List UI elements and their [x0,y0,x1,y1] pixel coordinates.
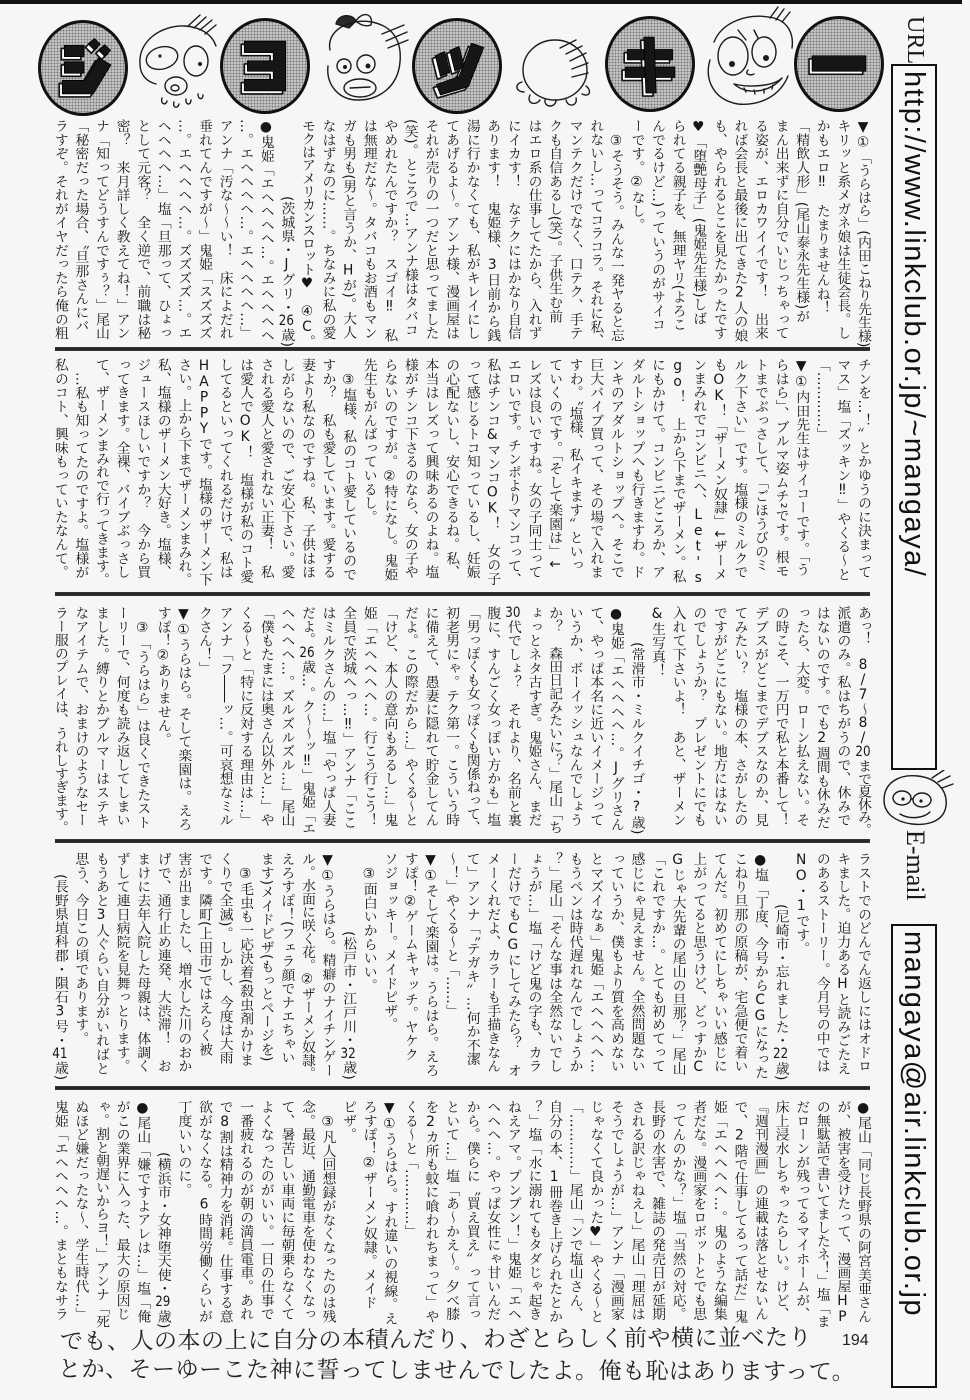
text-column: ▼①そして楽園は。うらはら。えろ [420,852,441,1080]
text-column: 者だな。漫画家をロボットとでも思 [688,1100,709,1328]
text-column: ③毛虫も一応決着(殺虫剤かけま [235,852,256,1080]
text-column: ーです。②なし。 [626,119,647,347]
text-column: ぬほど嫌だったな～、学生時代…」 [70,1100,91,1328]
text-column: られてる親子を、無理ヤリ(よろこ [667,119,688,347]
text-column: 本当はレズって興味あるのよね。塩 [420,358,441,586]
letters-row-1: ▼①「うらはら」(内田こねり先生様) キリッと系メガネ娘は生徒会長。し かもエロ… [48,119,873,347]
text-column: それが売りの一つだと思ってました [420,119,441,347]
header-doodles [0,0,890,120]
text-column: 長野の水害で、雑誌の発売日が延期 [646,1100,667,1328]
letters-row-3: あっ！ 8/7～8/20まで夏休み。 派遣のみ。私はちがうので、休みで はないの… [48,606,873,834]
text-column: 自分の本、1冊巻き上げられたとか [544,1100,565,1328]
text-column: 全員で茨城へっ…‼」アンナ「ここ [338,606,359,834]
text-column: 一番疲れるのが朝の満員電車。あれ [235,1100,256,1328]
text-column: HAPPYです。塩様のザーメン下 [193,358,214,586]
text-column: はないのです。でも2週間も休みだ [811,606,832,834]
text-column: しがらないので、ご安心下さい。愛 [276,358,297,586]
text-column: を2カ所も蚊に喰われちまって」や [420,1100,441,1328]
text-column: ▼①うらはら。精癖のナイチンゲー [317,852,338,1080]
text-column: ゃ。割と朝遅いからヨ！」アンナ「死 [90,1100,111,1328]
text-column: 害が出ましたし、増水した川のおか [173,852,194,1080]
text-column: ●尾山「同じ長野県の阿宮美亜さん [852,1100,873,1328]
text-column: トまでぶっさして、「ごほうびのミ [749,358,770,586]
text-column: はミルクさんの…」塩「やっぱ人妻 [317,606,338,834]
row-divider [55,1086,870,1090]
page-number: 194 [842,1332,869,1350]
text-column: 派遣のみ。私はちがうので、休みで [832,606,853,834]
row-divider [55,839,870,843]
reader-signature: (尼崎市・忘れました・22歳) [770,852,791,1080]
text-column: ダルトショップへも行きますわ。ド [626,358,647,586]
text-column: ラー服のプレイは、うれしすぎます。 [49,606,70,834]
text-column: ですがどこにもない。地方にはない [708,606,729,834]
text-column: 「…………」尾山「ンで塩山さん、 [564,1100,585,1328]
text-column: くりで全滅)。しかし、今度は大雨 [214,852,235,1080]
text-column: ラストでのどんでん返しにはオドロ [852,852,873,1080]
doodle-blob-icon [517,40,590,106]
text-column: 「精飲人形」(尾山泰永先生様)が [791,119,812,347]
text-column: ●尾山「嫌ですよアレは…」塩「俺 [132,1100,153,1328]
text-column: ていくのです。「そして楽園は」↓ [544,358,565,586]
text-column: にイカす！ なテクにはかなり自信 [502,119,523,347]
text-column: …私も知ってたのですよ。塩様が [70,358,91,586]
text-column: が、被害を受けたって、漫画屋HP [832,1100,853,1328]
text-column: じゃなくて良かった♥」やくる～と [585,1100,606,1328]
letters-row-4: ラストでのどんでん返しにはオドロ キました。迫力あるHと読みごたえ のあるストー… [48,852,873,1080]
text-column: ヘヘヘヘ…」塩「旦那って、ひょっ [152,119,173,347]
text-column: のでしょうか？ プレゼントにでも [688,606,709,834]
text-column: される愛人と愛されない正妻！ 私 [255,358,276,586]
text-column: 念。最近、通勤電車を使わなくなっ [296,1100,317,1328]
text-column: 「けど、本人の意向もあるし…」鬼 [379,606,400,834]
text-column: 床上浸水しちゃったらしい。けど、 [770,1100,791,1328]
text-column: 様がチンコ下さるのなら、女の子や [399,358,420,586]
text-column: キました。迫力あるHと読みごたえ [832,852,853,1080]
text-column: ンまみれでコンビニへ、Let's [688,358,709,586]
text-column: ーだけでもCGにしてみたら？ オ [502,852,523,1080]
text-column: ●塩「丁度、今号からCGになった [749,852,770,1080]
text-column: アンナ「汚な～～い！ 床によだれ [214,119,235,347]
text-column: …。エヘヘヘヘ…。ズズズズ…。エ [173,119,194,347]
text-column: っていうか、僕もより質を高めない [605,852,626,1080]
text-column: ▼①「うらはら」(内田こねり先生様) [852,119,873,347]
text-column: 「…………」 [811,358,832,586]
text-column: がこの業界に入った、最大の原因じ [111,1100,132,1328]
text-column: 思う、今日この頃であります。 [70,852,91,1080]
text-column: よくなったのがいい。一日の仕事で [255,1100,276,1328]
text-column: ってんのかな？」塩「当然の対応。 [667,1100,688,1328]
text-column: くる～と「…………」 [399,1100,420,1328]
text-column: えろすぽ！(フェラ顔でナエちゃい [276,852,297,1080]
text-column: ジュースほしいですか？ 今から買 [132,358,153,586]
doodle-face-icon [328,15,408,100]
text-column: です。隣町(上田市)ではえらく被 [193,852,214,1080]
text-column: 丁度いいのに。 [173,1100,194,1328]
text-column: 湯に行かなくても、私がキレイにし [461,119,482,347]
url-text: http://www.linkclub.or.jp/~mangaya/ [893,66,935,577]
text-column: ろすぽ！②ザーメン奴隷。メイド [358,1100,379,1328]
text-column: ラすぞ。それがイヤだったら俺の粗 [49,119,70,347]
doodle-face-glasses-icon [878,770,956,828]
text-column: 入れて下さいよ！ あと、ザーメン [667,606,688,834]
text-column: ソジョッキー。メイドピザ。 [379,852,400,1080]
text-column: として元客？ 全く逆で、前職は秘 [132,119,153,347]
text-column: 「男っぽくも女っぽくも関係ねって、 [461,606,482,834]
reader-signature: (松戸市・江戸川・32歳) [338,852,359,1080]
doodle-face-icon [708,7,792,104]
text-column: て」アンナ「〝テガキ〟…何か不潔 [461,852,482,1080]
text-column: される訳じゃねえし」尾山「理屈は [626,1100,647,1328]
text-column: か？ 森田日記みたいに？」尾山「ち [544,606,565,834]
handwritten-note-line-2: とか、そーゆーこた神に誓ってしませんでしたよ。俺も恥はありますって。 [58,1356,855,1387]
text-column: ヘヘヘ…。やっぱ女性にゃ甘いんだ [482,1100,503,1328]
text-column: キリッと系メガネ娘は生徒会長。し [832,119,853,347]
text-column: 30代でしょ？ それより、名前と裏 [502,606,523,834]
text-column: とマズイなぁ」鬼姫「エヘヘヘヘ… [585,852,606,1080]
text-column: そうでしょうが…」アンナ「漫画家 [605,1100,626,1328]
text-column: れば会長と最後に出てきた2人の娘 [729,119,750,347]
text-column: らはら」、ブルマ姿ムチ²です。根モ [770,358,791,586]
text-column: げで、通行止め連発、大渋滞！ お [152,852,173,1080]
text-column: ガも男も(男と言うか、Hが)。大人 [338,119,359,347]
text-column: 私はチンコ&マンコOK！ 女の子 [482,358,503,586]
text-column: すわ。〝塩様、私イキます〟といっ [564,358,585,586]
text-column: だよ。この際だから…」やくる～と [399,606,420,834]
text-column: ③塩様、私のコト愛しているので [338,358,359,586]
row-divider [55,592,870,596]
text-column: デブスがどこまでデブスなのか、見 [749,606,770,834]
text-column: は愛人でOK！ 塩様が私のコト愛 [235,358,256,586]
text-column: 姫「エヘヘヘヘ…。行こう行こう！ [358,606,379,834]
text-column: 初老男にゃ。テク第一。こういう時 [441,606,462,834]
text-column: もうペンは時代遅れなんでしょうか [564,852,585,1080]
text-column: チンを…！〟とかゆうのに決まって [852,358,873,586]
text-column: ▼①うらはら。そして楽園は。えろ [173,606,194,834]
handwritten-note-line-1: でも、人の本の上に自分の本積んだり、わざとらしく前や横に並べたり [60,1324,812,1356]
text-column: ③「うらはら」は良くできたスト [132,606,153,834]
text-column: ます)メイドピザ(もっとページを) [255,852,276,1080]
text-column: かもエロ‼ たまりませんね！ [811,119,832,347]
text-column: してるといってくれるだけで、私は [214,358,235,586]
text-column: ル。水面に咲く花。②ザーメン奴隷。 [296,852,317,1080]
text-column: &生写真！ [646,606,667,834]
text-column: ③面白いからいい。 [358,852,379,1080]
text-column: なはずなのに……。ちなみに私の愛 [317,119,338,347]
text-column: 腹に、すんごく女っぽい方かも」塩 [482,606,503,834]
text-column: レズは良いですね。女の子同士って [523,358,544,586]
text-column: の心配ないし、安心できるね。私、 [441,358,462,586]
text-column: ♥「堕艶母子」(鬼姫先生様)しば [688,119,709,347]
text-column: ーリーで、何度も読み返してしまい [111,606,132,834]
text-column: 鬼姫「エヘヘヘヘ…。まともなサラ [49,1100,70,1328]
text-column: クさん！」 [193,606,214,834]
text-column: 欲がなくなる。6時間労働くらいが [193,1100,214,1328]
text-column: エロいです。チンポよりマンコって、 [502,358,523,586]
text-column: て、暑苦しい車両に毎朝乗らなくて [276,1100,297,1328]
text-column: 感じにゃ見えません。全然問題ない [626,852,647,1080]
text-column: んでるけど…)っていうのがサイコ [646,119,667,347]
text-column: れないし…ってコラコラ。それに私、 [585,119,606,347]
text-column: ょっとネタ古すぎ。鬼姫さん、まだ [523,606,544,834]
text-column: ▼①内田先生はサイコーです。「う [791,358,812,586]
text-column: NO・1です。 [791,852,812,1080]
text-column: の時こそ、一万円で私と本番して！ [770,606,791,834]
text-column: ？」尾山「そんな事は全然ないでし [544,852,565,1080]
text-column: 「秘密だった場合、〝旦那さんにバ [70,119,91,347]
text-column: ました。縛りとかブルマーはステキ [90,606,111,834]
text-column: ③凡人回想録がなくなったのは残 [317,1100,338,1328]
text-column: る姿が、エロカワイイです！ 出来 [749,119,770,347]
text-column: ●鬼姫「エヘヘヘヘ…。Jグリさん [605,606,626,834]
text-column: すぽ！②ゲームキャッチ。ヤケク [399,852,420,1080]
text-column: まけに去年入院した母親は、体調く [132,852,153,1080]
text-column: マス」塩「ズッキン‼」やくる～と [832,358,853,586]
text-column: て、やっぱ本名に近いイメージって [585,606,606,834]
text-column: だよ。26歳…。ク～～ッ‼」鬼姫「エ [296,606,317,834]
text-column: Gじゃ大先輩の尾山の旦那？」尾山 [667,852,688,1080]
text-column: メーくれだよ、カラーも手描きなん [482,852,503,1080]
text-column: だローンが残ってるマイホームが、 [791,1100,812,1328]
text-column: から。僕らに〝買え買え〟って言っ [461,1100,482,1328]
text-column: ●鬼姫「エヘヘヘヘ…。エヘヘヘヘ [255,119,276,347]
text-column: に備えて、愚妻に隠れて貯金してん [420,606,441,834]
text-column: のあるストーリー。今月号の中では [811,852,832,1080]
text-column: いうか、ボーイッシュなんでしょう [564,606,585,834]
text-column: go！ 上から下までザーメン。私 [667,358,688,586]
text-column: ってきます。全裸、バイブぶっさし [111,358,132,586]
text-column: ルク下さい」です。塩様のミルクで [729,358,750,586]
doodle-face-icon [140,15,216,107]
text-column: もうあと3人ぐらい自分がいればと [90,852,111,1080]
text-column: ？」塩「水に溺れてもタダじゃ起き [523,1100,544,1328]
reader-signature: (茨城県・Jグリ・26歳) [276,119,297,347]
text-column: ねえアマ。プンプン！」鬼姫「エヘ [502,1100,523,1328]
text-column: 先生もがんばっているし。 [358,358,379,586]
row-divider [55,347,870,351]
text-column: ンキのアダルトショップへ。そこで [605,358,626,586]
text-column: ③そうそう。みんな一発ヤると忘 [605,119,626,347]
text-column: らないのですが。②特になし。鬼姫 [379,358,400,586]
text-column: てあげるよ～。アンナ様、漫画屋は [441,119,462,347]
text-column: 垂れてんですが～」鬼姫「スズズズ [193,119,214,347]
text-column: ずして連日病院を見舞っとります。 [111,852,132,1080]
text-column: で、2階で仕事してるって話だ」鬼 [729,1100,750,1328]
text-column: すぽ！②ありません。 [152,606,173,834]
text-column: さい。上から下までザーメンまみれ。 [173,358,194,586]
text-column: てんだ。初めてにしちゃいい感じに [708,852,729,1080]
text-column: (笑)。ところで…アンナ様はタバコ [399,119,420,347]
text-column: ▼①うらはら。すれ違いの視線。え [379,1100,400,1328]
text-column: はエロ系の仕事してたから、入れず [523,119,544,347]
text-column: ったら、大変。ローン払えない。そ [791,606,812,834]
text-column: ～！」やくる～と「……」 [441,852,462,1080]
text-column: で8割は精神力を消耗。仕事する意 [214,1100,235,1328]
text-column: なアイテムで、おまけのようなセー [70,606,91,834]
text-column: は無理だな～。タバコもお酒もマン [358,119,379,347]
url-label: URL [895,16,935,64]
text-column: 「これですか…。とても初めてって [646,852,667,1080]
text-column: 妻より私なのですね。私、子供はほ [296,358,317,586]
text-column: て、ザーメンまみれで行ってきます。 [90,358,111,586]
text-column: こねり旦那の原稿が、宅急便で着い [729,852,750,1080]
text-column: 『週刊漫画』の連載は落とせないん [749,1100,770,1328]
reader-signature: (長野県埴科郡・隕石3号・41歳) [49,852,70,1080]
text-column: ょうが…」塩「けど鬼の字も、カラ [523,852,544,1080]
reader-signature: (横浜市・女神堕天使・29歳) [152,1100,173,1328]
text-column: まん出来ずに自分でいじっちゃって [770,119,791,347]
text-column: 姫「エヘヘヘヘ…。鬼のような編集 [708,1100,729,1328]
text-column: ヘヘヘヘ…。ズルズルズル…」尾山 [276,606,297,834]
text-column: あっ！ 8/7～8/20まで夏休み。 [852,606,873,834]
text-column: も、やられるとこを見たかったです [708,119,729,347]
letters-row-2: チンを…！〟とかゆうのに決まって マス」塩「ズッキン‼」やくる～と 「…………」… [48,358,873,586]
text-column: もOK！「ザーメン奴隷」↓ザーメ [708,358,729,586]
email-label: E-mail [895,830,935,920]
text-column: といて…」塩「あ～かえ～。夕べ膝 [441,1100,462,1328]
text-column: クも自信あるし(笑)。子供生む前 [544,119,565,347]
email-text: mangaya@air.linkclub.or.jp [893,926,935,1317]
text-column: アンナ「フ――ッ…。可哀想なミル [214,606,235,834]
text-column: 「僕もたまには奥さん以外と…」や [255,606,276,834]
text-column: やめれたんですか？ スゴイ‼ 私 [379,119,400,347]
text-column: ピザ。 [338,1100,359,1328]
reader-signature: (常滑市・ミルクイチゴ・?歳) [626,606,647,834]
text-column: って感じるトコ知っているし、妊娠 [461,358,482,586]
text-column: すか？ 私も愛しています。愛する [317,358,338,586]
email-box: mangaya@air.linkclub.or.jp [891,924,937,1388]
text-column: くる～と「特に反対する理由は…」 [235,606,256,834]
text-column: 上がってると思うけど、どっすかC [688,852,709,1080]
text-column: ナ「知ってどうすんですぅ？」尾山 [90,119,111,347]
text-column: マンテクだけでなく、口テク、手テ [564,119,585,347]
text-column: 巨大バイブ買って、その場で入れま [585,358,606,586]
text-column: 私のコト、興味もっていたなんて。 [49,358,70,586]
text-column: の無駄話で書いてましたネ！」塩「ま [811,1100,832,1328]
magazine-page: ジ ョ ッ キ ー [0,0,970,1400]
text-column: 私、塩様のザーメン大好き。塩様、 [152,358,173,586]
text-column: てみたい？ 塩様の本、さがしたの [729,606,750,834]
text-column: 密？ 来月詳しく教えてね！」アン [111,119,132,347]
url-box: http://www.linkclub.or.jp/~mangaya/ [891,64,937,770]
letters-row-5: ●尾山「同じ長野県の阿宮美亜さん が、被害を受けたって、漫画屋HP の無駄話で書… [48,1100,873,1328]
text-column: あります！ 鬼姫様、3日前から銭 [482,119,503,347]
text-column: にもかけて。コンビニどころか、ア [646,358,667,586]
text-column: モクはアメリカンスロット♥ ④C。 [296,119,317,347]
text-column: …。エヘヘヘヘ…。エヘヘヘヘ…」 [235,119,256,347]
